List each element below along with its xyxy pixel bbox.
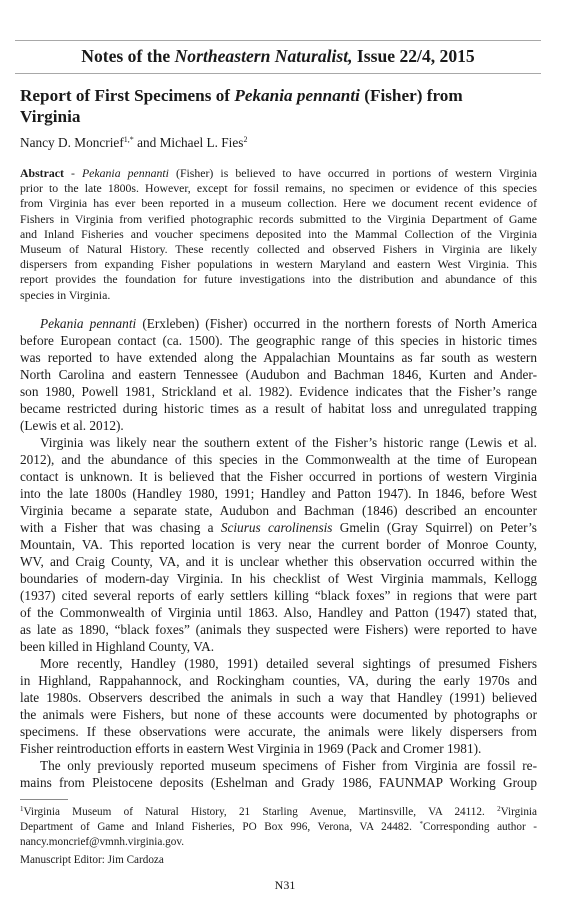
header-bottom-rule (15, 73, 541, 74)
author-1: Nancy D. Moncrief (20, 135, 124, 150)
journal-header: Notes of the Northeastern Naturalist, Is… (15, 44, 541, 68)
abstract-line: dispersers from expanding Fisher populat… (20, 257, 537, 272)
affiliation-2-cont: Department of Game and Inland Fisheries,… (20, 821, 419, 833)
body-species: Pekania pennanti (40, 316, 136, 331)
body-text: with a Fisher that was chasing a (20, 520, 221, 535)
affiliation-2: Virginia (501, 806, 537, 818)
abstract-line: species in Virginia. (20, 288, 537, 303)
body-line: with a Fisher that was chasing a Sciurus… (20, 519, 537, 536)
journal-prefix: Notes of the (81, 46, 174, 66)
manuscript-editor: Manuscript Editor: Jim Cardoza (20, 853, 164, 868)
body-line: (Lewis et al. 2012). (20, 417, 537, 434)
body-line: as late as 1890, “black foxes” (animals … (20, 621, 537, 638)
corresponding-author: Corresponding author - (423, 821, 537, 833)
abstract-label: Abstract (20, 166, 64, 180)
body-line: before European contact (ca. 1500). The … (20, 332, 537, 349)
abstract-line: prior to the late 1800s. However, except… (20, 181, 537, 196)
journal-name: Northeastern Naturalist, (175, 46, 353, 66)
abstract: Abstract - Pekania pennanti (Fisher) is … (20, 166, 537, 303)
abstract-line: (Fisher) is believed to have occurred in… (169, 166, 537, 180)
body-line: in Highland, Rappahannock, and Rockingha… (20, 672, 537, 689)
body-line: North Carolina and eastern Tennessee (Au… (20, 366, 537, 383)
body-line: WV, and Craig County, VA, and it is uncl… (20, 553, 537, 570)
body-species: Sciurus carolinensis (221, 520, 333, 535)
author-2: and Michael L. Fies (134, 135, 244, 150)
body-line: been killed in Highland County, VA. (20, 638, 537, 655)
title-species: Pekania pennanti (234, 86, 360, 105)
footnote-line: 1Virginia Museum of Natural History, 21 … (20, 805, 537, 820)
body-line: Mountain, VA. This reported location is … (20, 536, 537, 553)
title-text: (Fisher) from (360, 86, 463, 105)
body-line: was reported to have extended along the … (20, 349, 537, 366)
body-line: Virginia was likely near the southern ex… (20, 434, 537, 451)
author-2-affiliation: 2 (243, 135, 247, 144)
footnote: 1Virginia Museum of Natural History, 21 … (20, 805, 537, 850)
body-line: boundaries of modern-day Virginia. In hi… (20, 570, 537, 587)
abstract-line: Museum of Natural History. These recentl… (20, 242, 537, 257)
body-line: (1937) cited several reports of early se… (20, 587, 537, 604)
body-line: into the late 1800s (Handley 1980, 1991;… (20, 485, 537, 502)
abstract-species: Pekania pennanti (82, 166, 169, 180)
body-text: (Erxleben) (Fisher) occurred in the nort… (136, 316, 537, 331)
author-email: nancy.moncrief@vmnh.virginia.gov. (20, 835, 537, 850)
body-line: More recently, Handley (1980, 1991) deta… (20, 655, 537, 672)
body-line: Fisher reintroduction efforts in eastern… (20, 740, 537, 757)
body-line: 2012), and the abundance of this species… (20, 451, 537, 468)
page-number: N31 (0, 878, 570, 893)
title-line-2: Virginia (20, 106, 540, 127)
body-line: son 1980, Powell 1981, Strickland et al.… (20, 383, 537, 400)
body-line: the animals were Fishers, but none of th… (20, 706, 537, 723)
abstract-line: Fishers in Virginia from verified photog… (20, 212, 537, 227)
article-title: Report of First Specimens of Pekania pen… (20, 85, 540, 127)
body-line: contact is unknown. It is believed that … (20, 468, 537, 485)
header-top-rule (15, 40, 541, 41)
body-line: mains from Pleistocene deposits (Eshelma… (20, 774, 537, 791)
abstract-line: and Inland Fisheries and voucher specime… (20, 227, 537, 242)
body-text: Gmelin (Gray Squirrel) on Peter’s (332, 520, 537, 535)
body-line: of the Commonwealth of Virginia until 18… (20, 604, 537, 621)
footnote-line: Department of Game and Inland Fisheries,… (20, 820, 537, 835)
author-line: Nancy D. Moncrief1,* and Michael L. Fies… (20, 135, 247, 151)
abstract-line: report provides the foundation for futur… (20, 272, 537, 287)
author-1-affiliation: 1,* (124, 135, 134, 144)
body-line: Virginia became a separate state, Audubo… (20, 502, 537, 519)
journal-issue: Issue 22/4, 2015 (353, 46, 475, 66)
affiliation-1: Virginia Museum of Natural History, 21 S… (24, 806, 498, 818)
body-line: became restricted during historic times … (20, 400, 537, 417)
body-line: specimens. If these observations were ac… (20, 723, 537, 740)
body-line: Pekania pennanti (Erxleben) (Fisher) occ… (20, 315, 537, 332)
abstract-line: from Virginia has ever been reported in … (20, 196, 537, 211)
article-body: Pekania pennanti (Erxleben) (Fisher) occ… (20, 315, 537, 791)
footnote-divider (20, 799, 68, 800)
body-line: late 1980s. Observers described the anim… (20, 689, 537, 706)
abstract-dash: - (64, 166, 82, 180)
body-line: The only previously reported museum spec… (20, 757, 537, 774)
title-text: Report of First Specimens of (20, 86, 234, 105)
